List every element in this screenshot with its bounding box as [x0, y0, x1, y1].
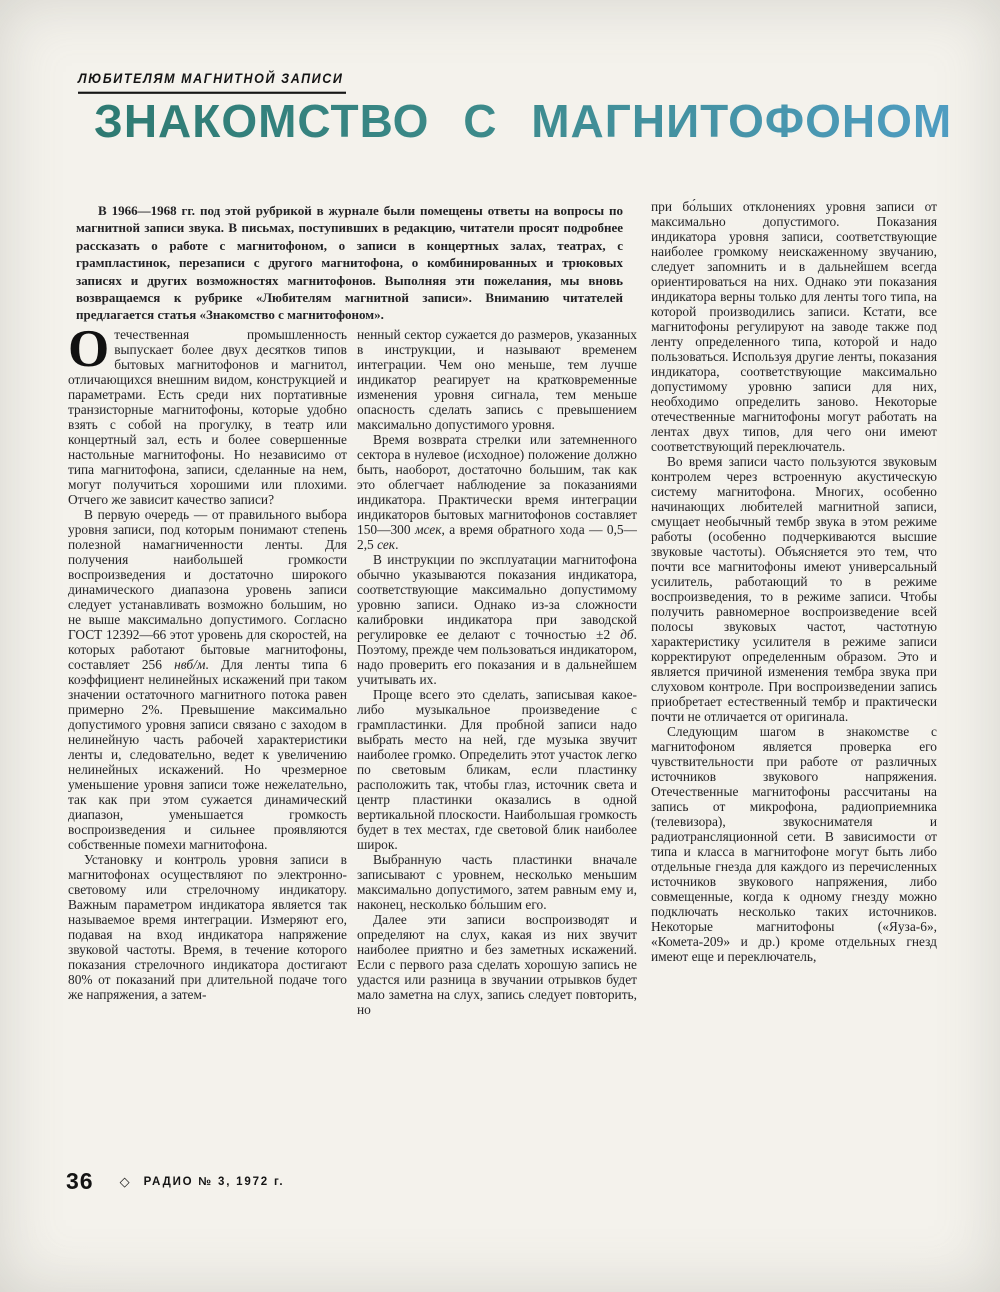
- paragraph: ненный сектор сужается до размеров, указ…: [357, 327, 637, 432]
- paragraph: Следующим шагом в знакомстве с магнитофо…: [651, 724, 937, 964]
- paragraph: Далее эти записи воспроизводят и определ…: [357, 912, 637, 1017]
- page-footer: 36 ◇ РАДИО № 3, 1972 г.: [66, 1168, 284, 1195]
- column-2: ненный сектор сужается до размеров, указ…: [357, 327, 637, 1145]
- diamond-icon: ◇: [120, 1174, 130, 1190]
- intro-block: В 1966—1968 гг. под этой рубрикой в журн…: [76, 202, 623, 324]
- paragraph: при бо́льших отклонениях уровня записи о…: [651, 199, 937, 454]
- paragraph: Отечественная промышленность выпускает б…: [68, 327, 347, 507]
- paragraph: Выбранную часть пластинки вначале записы…: [357, 852, 637, 912]
- paragraph: Установку и контроль уровня записи в маг…: [68, 852, 347, 1002]
- magazine-page: ЛЮБИТЕЛЯМ МАГНИТНОЙ ЗАПИСИ ЗНАКОМСТВО С …: [0, 0, 1000, 1292]
- intro-paragraph: В 1966—1968 гг. под этой рубрикой в журн…: [76, 202, 623, 324]
- paragraph: Проще всего это сделать, записывая какое…: [357, 687, 637, 852]
- page-number: 36: [66, 1168, 94, 1195]
- paragraph: Во время записи часто пользуются звуковы…: [651, 454, 937, 724]
- column-1: Отечественная промышленность выпускает б…: [68, 327, 347, 1145]
- paragraph: В первую очередь — от правильного выбора…: [68, 507, 347, 852]
- drop-cap: О: [68, 327, 114, 371]
- article-title: ЗНАКОМСТВО С МАГНИТОФОНОМ: [94, 95, 954, 147]
- paragraph: В инструкции по эксплуатации магнитофона…: [357, 552, 637, 687]
- journal-issue-label: РАДИО № 3, 1972 г.: [144, 1176, 285, 1188]
- paragraph: Время возврата стрелки или затемненного …: [357, 432, 637, 552]
- column-3: при бо́льших отклонениях уровня записи о…: [651, 199, 937, 1161]
- section-kicker: ЛЮБИТЕЛЯМ МАГНИТНОЙ ЗАПИСИ: [78, 71, 346, 94]
